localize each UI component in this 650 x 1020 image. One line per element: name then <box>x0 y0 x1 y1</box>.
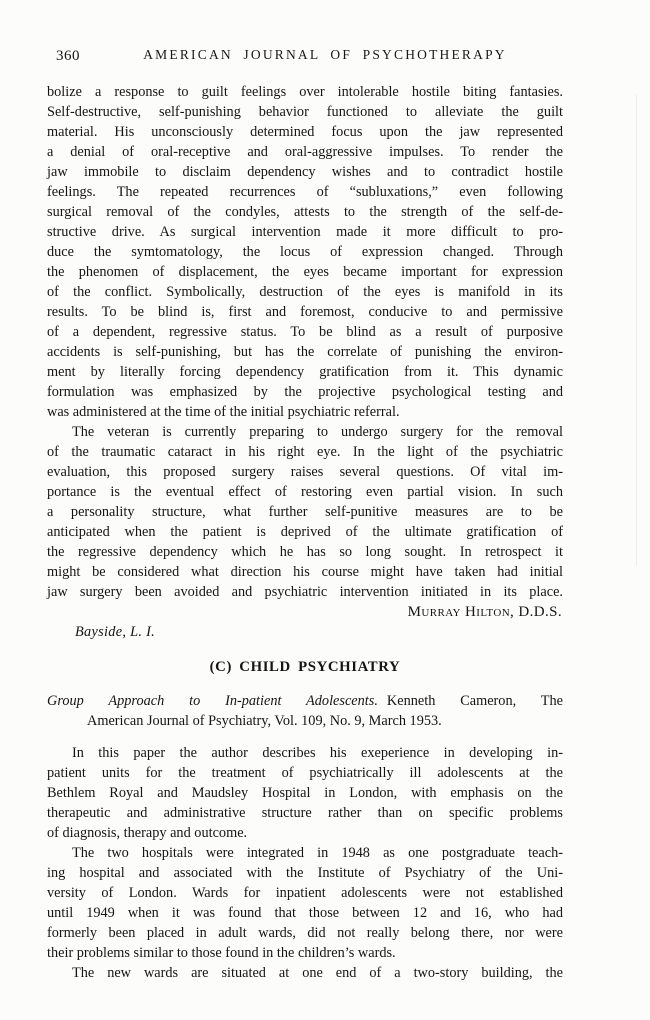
paragraph-new-wards: The new wards are situated at one end of… <box>47 963 563 983</box>
text-line: anticipated when the patient is deprived… <box>47 522 563 542</box>
text-line: material. His unconsciously determined f… <box>47 122 563 142</box>
text-line: the regressive dependency which he has s… <box>47 542 563 562</box>
text-line: In this paper the author describes his e… <box>47 743 563 763</box>
text-line: the phenomen of displacement, the eyes b… <box>47 262 563 282</box>
text-line: surgical removal of the condyles, attest… <box>47 202 563 222</box>
text-line: formulation was emphasized by the projec… <box>47 382 563 402</box>
citation-authors: Kenneth Cameron, The <box>387 693 563 709</box>
text-line: portance is the eventual effect of resto… <box>47 482 563 502</box>
text-line: jaw surgery been avoided and psychiatric… <box>47 582 563 602</box>
text-line: of the traumatic cataract in his right e… <box>47 442 563 462</box>
text-line: Self-destructive, self-punishing behavio… <box>47 102 563 122</box>
section-heading: (C) CHILD PSYCHIATRY <box>47 657 563 677</box>
text-line: ing hospital and associated with the Ins… <box>47 863 563 883</box>
text-line: of a dependent, regressive status. To be… <box>47 322 563 342</box>
text-line: The new wards are situated at one end of… <box>47 963 563 983</box>
page-number: 360 <box>56 48 80 65</box>
scan-artifact <box>636 95 637 565</box>
text-line: structive drive. As surgical interventio… <box>47 222 563 242</box>
text-line: versity of London. Wards for inpatient a… <box>47 883 563 903</box>
abstract-jaw-continuation: bolize a response to guilt feelings over… <box>47 82 563 642</box>
paragraph-continuation: bolize a response to guilt feelings over… <box>47 82 563 422</box>
paragraph-veteran: The veteran is currently preparing to un… <box>47 422 563 602</box>
abstract-author-signature: Murray Hilton, D.D.S. <box>47 602 563 622</box>
paragraph-intro: In this paper the author describes his e… <box>47 743 563 843</box>
text-line: of the conflict. Symbolically, destructi… <box>47 282 563 302</box>
text-line: ment by literally forcing dependency gra… <box>47 362 563 382</box>
text-line: The two hospitals were integrated in 194… <box>47 843 563 863</box>
journal-title: AMERICAN JOURNAL OF PSYCHOTHERAPY <box>47 47 603 63</box>
text-line: bolize a response to guilt feelings over… <box>47 82 563 102</box>
text-line: Bethlem Royal and Maudsley Hospital in L… <box>47 783 563 803</box>
running-head: 360 AMERICAN JOURNAL OF PSYCHOTHERAPY <box>47 47 603 67</box>
article-title: Group Approach to In-patient Adolescents… <box>47 693 378 709</box>
article-citation: Group Approach to In-patient Adolescents… <box>47 691 563 731</box>
text-line: a denial of oral-receptive and oral-aggr… <box>47 142 563 162</box>
section-child-psychiatry: (C) CHILD PSYCHIATRY Group Approach to I… <box>47 657 563 983</box>
scanned-journal-page: 360 AMERICAN JOURNAL OF PSYCHOTHERAPY bo… <box>0 0 650 1020</box>
text-line: evaluation, this proposed surgery raises… <box>47 462 563 482</box>
text-line: might be considered what direction his c… <box>47 562 563 582</box>
citation-line-1: Group Approach to In-patient Adolescents… <box>47 691 563 711</box>
text-line: therapeutic and administrative structure… <box>47 803 563 823</box>
text-line: until 1949 when it was found that those … <box>47 903 563 923</box>
text-line: a personality structure, what further se… <box>47 502 563 522</box>
text-line: their problems similar to those found in… <box>47 943 563 963</box>
text-line: formerly been placed in adult wards, did… <box>47 923 563 943</box>
abstract-author-location: Bayside, L. I. <box>47 622 563 642</box>
text-line: feelings. The repeated recurrences of “s… <box>47 182 563 202</box>
text-column: bolize a response to guilt feelings over… <box>47 82 563 983</box>
paragraph-hospitals: The two hospitals were integrated in 194… <box>47 843 563 963</box>
text-line: duce the symtomatology, the locus of exp… <box>47 242 563 262</box>
text-line: of diagnosis, therapy and outcome. <box>47 823 563 843</box>
text-line: accidents is self-punishing, but has the… <box>47 342 563 362</box>
text-line: results. To be blind is, first and forem… <box>47 302 563 322</box>
text-line: was administered at the time of the init… <box>47 402 563 422</box>
citation-line-2: American Journal of Psychiatry, Vol. 109… <box>47 711 563 731</box>
text-line: patient units for the treatment of psych… <box>47 763 563 783</box>
text-line: The veteran is currently preparing to un… <box>47 422 563 442</box>
text-line: jaw immobile to disclaim dependency wish… <box>47 162 563 182</box>
